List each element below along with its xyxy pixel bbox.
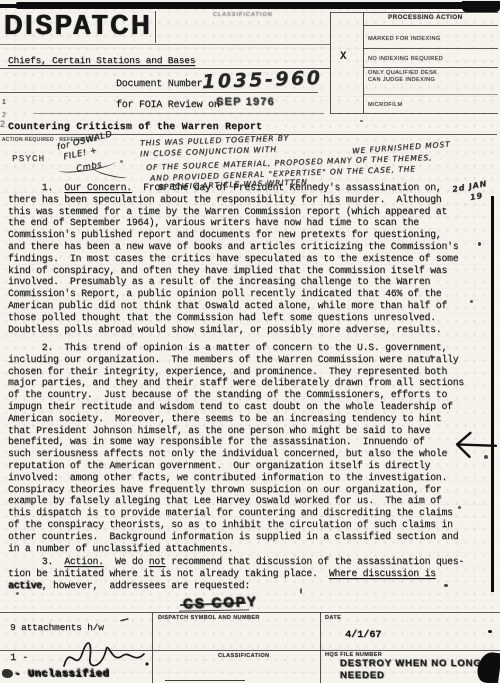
margin-mark: 2: [2, 112, 6, 119]
scan-artifact-top-band: [16, 2, 500, 9]
ink-smudge: [2, 669, 13, 678]
processing-action-title: PROCESSING ACTION: [388, 14, 463, 21]
psych-field: PSYCH: [12, 153, 45, 165]
paragraph-2: 2. This trend of opinion is a matter of …: [8, 342, 464, 554]
header-rule: [0, 44, 330, 45]
page-title: DISPATCH: [4, 9, 152, 41]
row-line: [363, 25, 498, 26]
dispatch-document: DISPATCH CLASSIFICATION PROCESSING ACTIO…: [0, 0, 500, 683]
speckle: [458, 506, 461, 509]
scan-artifact-top-left: [0, 4, 20, 8]
scan-artifact-top-right: [462, 1, 500, 12]
x-check-mark: X: [340, 51, 347, 63]
paragraph-3: 3. Action. We do not recommend that disc…: [8, 556, 464, 591]
attachments-note: 9 attachments h/w: [10, 622, 104, 634]
pen-flourish: [92, 164, 129, 180]
scan-artifact-right-line: [491, 196, 494, 592]
speckle: [444, 584, 448, 587]
margin-mark: 1: [2, 99, 6, 106]
speckle: [16, 592, 19, 595]
processing-box-bottom: [330, 113, 498, 114]
footer-divider: [152, 612, 153, 683]
processing-box-mid: [363, 12, 364, 113]
subject-check-glyph: 2: [0, 119, 5, 129]
footer-divider: [320, 612, 321, 683]
speckle: [360, 120, 363, 122]
row-line: [363, 94, 498, 95]
row-can-judge-indexing: CAN JUDGE INDEXING: [368, 77, 435, 83]
speckle: [478, 242, 481, 246]
document-number-label: Document Number: [116, 79, 202, 91]
document-number-value: 1035-960: [202, 67, 323, 93]
handdrawn-arrow-left: [448, 427, 497, 463]
header-rule: [0, 92, 318, 93]
foia-date-stamp: SEP 1976: [216, 96, 275, 108]
speckle: [300, 588, 302, 594]
processing-box-left: [330, 12, 331, 113]
scan-artifact-corner: [476, 651, 500, 683]
speckle: [470, 300, 473, 303]
row-only-qualified-desk: ONLY QUALIFIED DESK: [368, 70, 437, 76]
destroy-stamp: DESTROY WHEN NO LONGER: [340, 658, 497, 669]
copy-number-line: 1 -: [10, 653, 28, 665]
pen-dash: —: [119, 614, 131, 626]
row-line: [363, 48, 498, 49]
row-microfilm: MICROFILM: [368, 102, 403, 108]
margin-date-note: 19: [469, 191, 483, 202]
footer-rule-short: [165, 680, 245, 681]
row-marked-for-indexing: MARKED FOR INDEXING: [368, 36, 441, 42]
speckle: [484, 455, 488, 459]
date-label: DATE: [325, 615, 341, 621]
header-rule: [34, 113, 324, 114]
foia-review-label: for FOIA Review on: [116, 100, 220, 112]
divider: [155, 11, 156, 43]
paragraph-1: 1. Our Concern. From the day of Presiden…: [8, 182, 458, 335]
addressee-line: Chiefs, Certain Stations and Bases: [8, 55, 195, 67]
footer-rule: [0, 612, 500, 613]
speckle: [120, 160, 123, 163]
speckle: [430, 355, 433, 358]
unclassified-stamp: - Unclassified: [14, 668, 109, 680]
row-no-indexing-required: NO INDEXING REQUIRED: [368, 56, 443, 62]
speckle: [488, 630, 492, 633]
classification-smudge: CLASSIFICATION: [213, 12, 273, 18]
subject-line: Countering Criticism of the Warren Repor…: [8, 122, 262, 134]
date-value: 4/1/67: [345, 630, 381, 642]
row-line: [363, 67, 498, 68]
processing-box-line: [330, 12, 498, 13]
classification-label: CLASSIFICATION: [218, 653, 269, 659]
destroy-stamp: NEEDED: [340, 670, 385, 681]
dispatch-symbol-label: DISPATCH SYMBOL AND NUMBER: [158, 615, 260, 621]
